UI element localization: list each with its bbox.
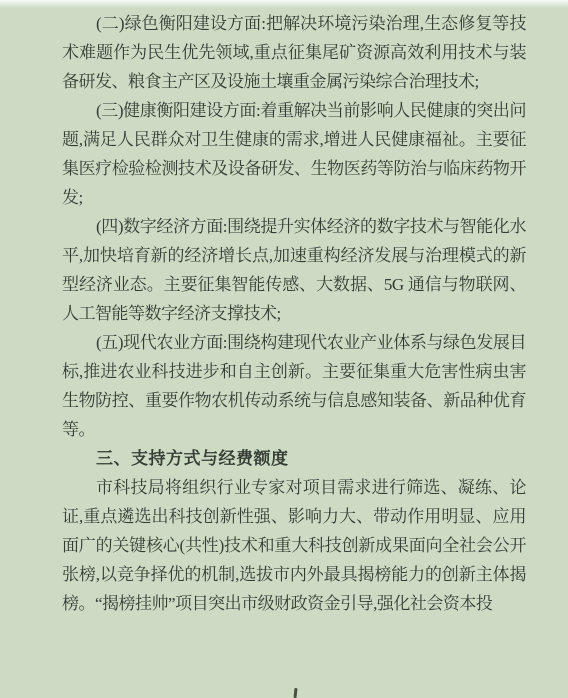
paragraph-digital-economy: (四)数字经济方面:围绕提升实体经济的数字技术与智能化水平,加快培育新的经济增长… xyxy=(62,212,526,328)
paragraph-modern-agriculture: (五)现代农业方面:围绕构建现代农业产业体系与绿色发展目标,推进农业科技进步和自… xyxy=(62,328,526,444)
document-body: (二)绿色衡阳建设方面:把解决环境污染治理,生态修复等技术难题作为民生优先领域,… xyxy=(62,9,526,618)
document-page: (二)绿色衡阳建设方面:把解决环境污染治理,生态修复等技术难题作为民生优先领域,… xyxy=(0,0,568,698)
page-number-partial-mark xyxy=(293,688,297,698)
section-heading-support-method: 三、支持方式与经费额度 xyxy=(62,444,526,473)
paragraph-healthy-hengyang: (三)健康衡阳建设方面:着重解决当前影响人民健康的突出问题,满足人民群众对卫生健… xyxy=(62,96,526,212)
scan-top-edge xyxy=(0,0,568,8)
paragraph-support-method: 市科技局将组织行业专家对项目需求进行筛选、凝练、论证,重点遴选出科技创新性强、影… xyxy=(62,473,526,618)
paragraph-green-hengyang: (二)绿色衡阳建设方面:把解决环境污染治理,生态修复等技术难题作为民生优先领域,… xyxy=(62,9,526,96)
